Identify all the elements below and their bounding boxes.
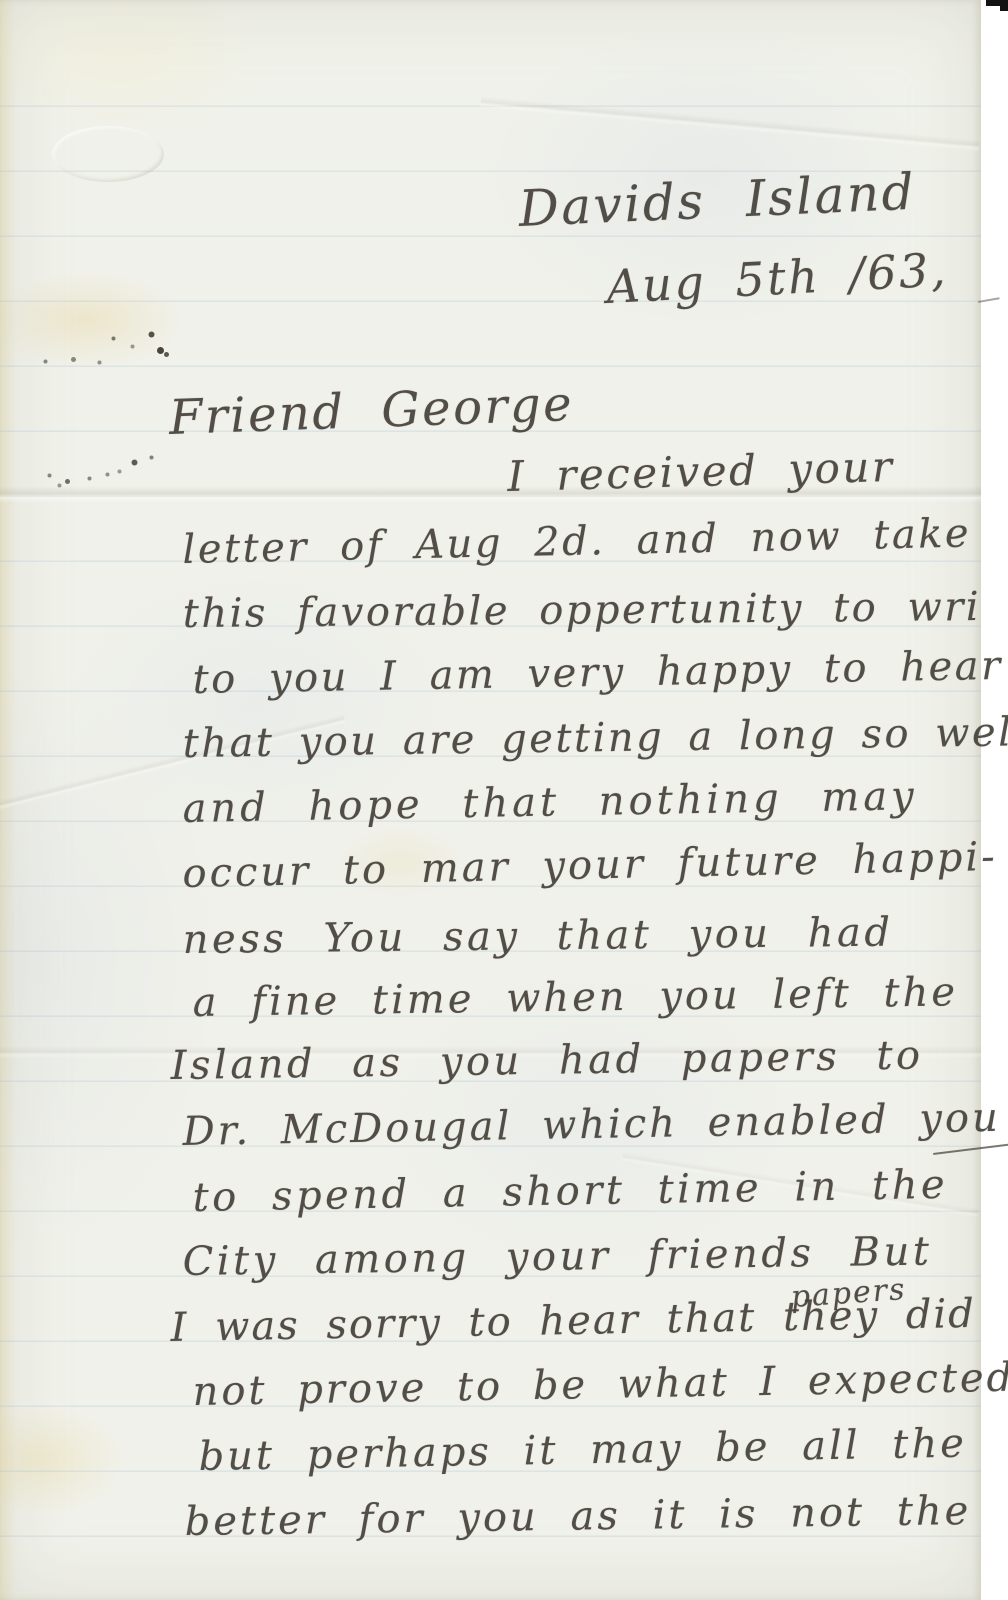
letter-opening: I received your [507, 442, 895, 501]
letter-salutation: Friend George [168, 376, 575, 446]
letter-paper: Davids Island Aug 5th /63, Friend George… [0, 0, 981, 1600]
letter-line: occur to mar your future happi- [182, 834, 998, 897]
letter-line: but perhaps it may be all the [198, 1421, 967, 1480]
pen-stroke [978, 297, 1000, 303]
letter-line: ness You say that you had [183, 910, 894, 963]
letter-line: to you I am very happy to hear [192, 643, 1003, 703]
letter-line: and hope that nothing may [182, 773, 918, 832]
pen-stroke [933, 1144, 1008, 1155]
paper-crease [480, 96, 979, 152]
scan-corner-artifact [1000, 0, 1008, 11]
letter-line: that you are getting a long so well [182, 709, 1008, 767]
letter-line: City among your friends But [182, 1229, 932, 1285]
embossed-stamp [52, 126, 164, 182]
letter-line: Dr. McDougal which enabled you [182, 1095, 1001, 1155]
letter-location: Davids Island [517, 163, 917, 238]
letter-line: letter of Aug 2d. and now take [182, 510, 972, 573]
letter-line: not prove to be what I expected [192, 1355, 1008, 1415]
ink-spatter [0, 0, 3, 3]
letter-line: Island as you had papers to [170, 1032, 924, 1089]
letter-scan: Davids Island Aug 5th /63, Friend George… [0, 0, 1008, 1600]
letter-line: this favorable oppertunity to wri [183, 584, 982, 637]
letter-date: Aug 5th /63, [605, 242, 949, 314]
letter-line: to spend a short time in the [192, 1162, 948, 1221]
letter-line: better for you as it is not the [184, 1488, 971, 1545]
letter-line: a fine time when you left the [192, 969, 958, 1026]
